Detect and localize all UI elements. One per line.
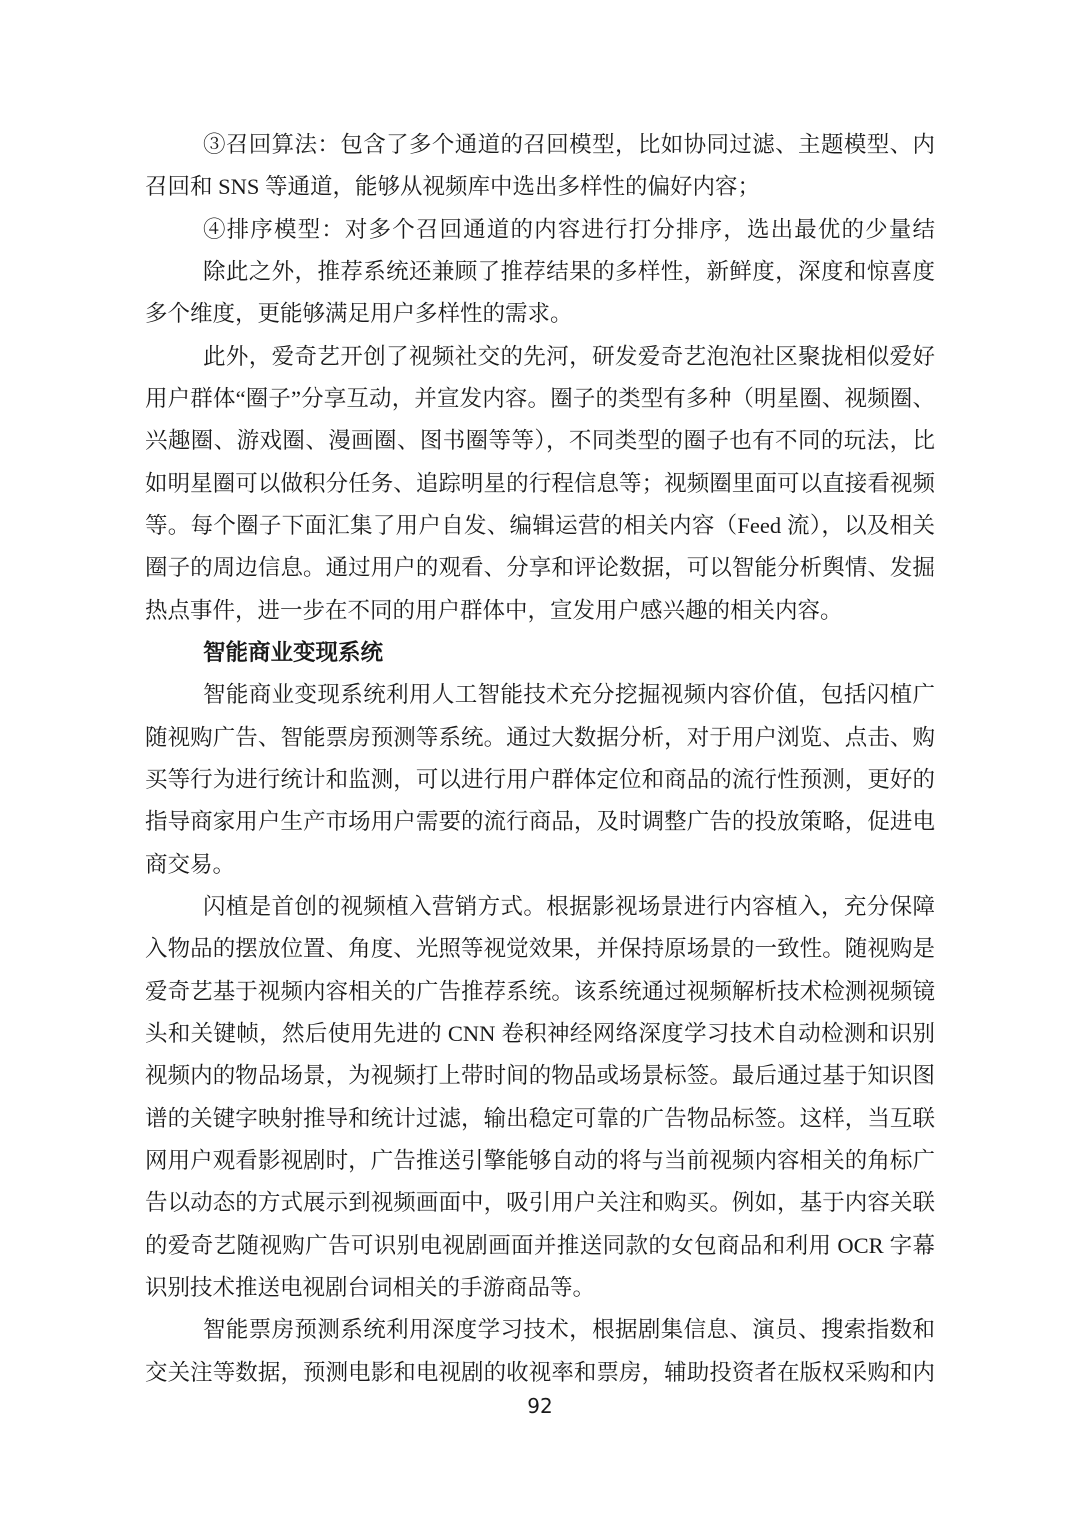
body-text-line: 智能商业变现系统利用人工智能技术充分挖掘视频内容价值，包括闪植广告、 — [145, 674, 935, 716]
body-text-line: 用户群体“圈子”分享互动，并宣发内容。圈子的类型有多种（明星圈、视频圈、 — [145, 378, 935, 420]
body-text-line: 爱奇艺基于视频内容相关的广告推荐系统。该系统通过视频解析技术检测视频镜 — [145, 971, 935, 1013]
document-body: ③召回算法：包含了多个通道的召回模型，比如协同过滤、主题模型、内容召回和 SNS… — [145, 124, 935, 1394]
body-text-line: 兴趣圈、游戏圈、漫画圈、图书圈等等），不同类型的圈子也有不同的玩法，比 — [145, 420, 935, 462]
body-text-line: 智能票房预测系统利用深度学习技术，根据剧集信息、演员、搜索指数和社 — [145, 1309, 935, 1351]
body-text-line: 谱的关键字映射推导和统计过滤，输出稳定可靠的广告物品标签。这样，当互联 — [145, 1098, 935, 1140]
body-text-line: 如明星圈可以做积分任务、追踪明星的行程信息等；视频圈里面可以直接看视频 — [145, 463, 935, 505]
body-text-line: 等。每个圈子下面汇集了用户自发、编辑运营的相关内容（Feed 流），以及相关 — [145, 505, 935, 547]
body-text-line: ④排序模型：对多个召回通道的内容进行打分排序，选出最优的少量结果。 — [145, 209, 935, 251]
body-text-line: 热点事件，进一步在不同的用户群体中，宣发用户感兴趣的相关内容。 — [145, 590, 935, 632]
body-text-line: 交关注等数据，预测电影和电视剧的收视率和票房，辅助投资者在版权采购和内 — [145, 1352, 935, 1394]
body-text-line: 商交易。 — [145, 844, 935, 886]
section-heading: 智能商业变现系统 — [145, 632, 935, 674]
body-text-line: 指导商家用户生产市场用户需要的流行商品，及时调整广告的投放策略，促进电 — [145, 801, 935, 843]
body-text-line: 买等行为进行统计和监测，可以进行用户群体定位和商品的流行性预测，更好的 — [145, 759, 935, 801]
body-text-line: 告以动态的方式展示到视频画面中，吸引用户关注和购买。例如，基于内容关联 — [145, 1182, 935, 1224]
body-text-line: 视频内的物品场景，为视频打上带时间的物品或场景标签。最后通过基于知识图 — [145, 1055, 935, 1097]
page-number: 92 — [145, 1394, 935, 1418]
body-text-line: 的爱奇艺随视购广告可识别电视剧画面并推送同款的女包商品和利用 OCR 字幕 — [145, 1225, 935, 1267]
body-text-line: 闪植是首创的视频植入营销方式。根据影视场景进行内容植入，充分保障植 — [145, 886, 935, 928]
body-text-line: 随视购广告、智能票房预测等系统。通过大数据分析，对于用户浏览、点击、购 — [145, 717, 935, 759]
body-text-line: 头和关键帧，然后使用先进的 CNN 卷积神经网络深度学习技术自动检测和识别 — [145, 1013, 935, 1055]
body-text-line: 网用户观看影视剧时，广告推送引擎能够自动的将与当前视频内容相关的角标广 — [145, 1140, 935, 1182]
body-text-line: 召回和 SNS 等通道，能够从视频库中选出多样性的偏好内容； — [145, 166, 935, 208]
body-text-line: 除此之外，推荐系统还兼顾了推荐结果的多样性，新鲜度，深度和惊喜度等 — [145, 251, 935, 293]
body-text-line: 圈子的周边信息。通过用户的观看、分享和评论数据，可以智能分析舆情、发掘 — [145, 547, 935, 589]
body-text-line: 入物品的摆放位置、角度、光照等视觉效果，并保持原场景的一致性。随视购是 — [145, 928, 935, 970]
body-text-line: 此外，爱奇艺开创了视频社交的先河，研发爱奇艺泡泡社区聚拢相似爱好的 — [145, 336, 935, 378]
document-page: ③召回算法：包含了多个通道的召回模型，比如协同过滤、主题模型、内容召回和 SNS… — [0, 0, 1080, 1527]
body-text-line: 多个维度，更能够满足用户多样性的需求。 — [145, 293, 935, 335]
body-text-line: ③召回算法：包含了多个通道的召回模型，比如协同过滤、主题模型、内容 — [145, 124, 935, 166]
body-text-line: 识别技术推送电视剧台词相关的手游商品等。 — [145, 1267, 935, 1309]
